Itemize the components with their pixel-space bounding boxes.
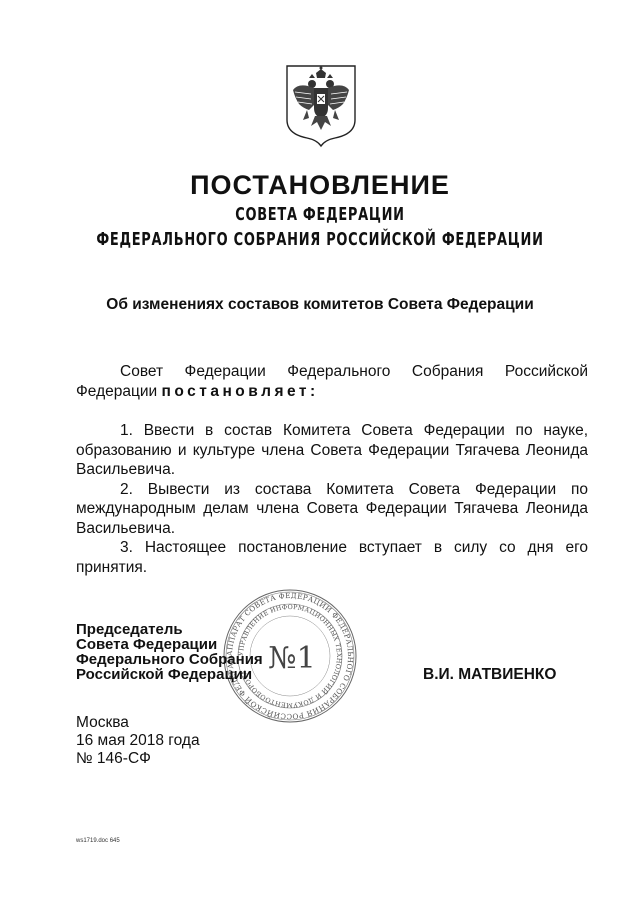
signatory-line-2: Совета Федерации [76, 637, 263, 652]
place-date-block: Москва 16 мая 2018 года № 146-СФ [76, 714, 200, 768]
issuer-line-2: ФЕДЕРАЛЬНОГО СОБРАНИЯ РОССИЙСКОЙ ФЕДЕРАЦ… [90, 229, 551, 250]
signatory-line-4: Российской Федерации [76, 667, 263, 682]
signatory-name: В.И. МАТВИЕНКО [423, 666, 556, 684]
footer-file-code: ws1719.doc 645 [76, 838, 120, 844]
resolves-word: постановляет [161, 383, 310, 400]
intro-paragraph: Совет Федерации Федерального Собрания Ро… [76, 362, 588, 401]
resolution-item-2: 2. Вывести из состава Комитета Совета Фе… [76, 480, 588, 539]
signatory-line-3: Федерального Собрания [76, 652, 263, 667]
document-page: ПОСТАНОВЛЕНИЕ СОВЕТА ФЕДЕРАЦИИ ФЕДЕРАЛЬН… [0, 0, 640, 905]
date: 16 мая 2018 года [76, 732, 200, 750]
signatory-line-1: Председатель [76, 622, 263, 637]
issuer-line-1: СОВЕТА ФЕДЕРАЦИИ [90, 204, 551, 225]
signatory-position: Председатель Совета Федерации Федерально… [76, 622, 263, 682]
intro-colon: : [310, 383, 319, 400]
intro-text: Совет Федерации Федерального Собрания Ро… [76, 363, 588, 400]
resolution-items: 1. Ввести в состав Комитета Совета Федер… [76, 421, 588, 577]
resolution-item-1: 1. Ввести в состав Комитета Совета Федер… [76, 421, 588, 480]
document-number: № 146-СФ [76, 750, 200, 768]
coat-of-arms-icon [285, 64, 357, 148]
place: Москва [76, 714, 200, 732]
document-title: ПОСТАНОВЛЕНИЕ [0, 170, 640, 201]
stamp-center-number: №1 [268, 641, 315, 676]
resolution-item-3: 3. Настоящее постановление вступает в си… [76, 538, 588, 577]
document-subject: Об изменениях составов комитетов Совета … [0, 296, 640, 314]
